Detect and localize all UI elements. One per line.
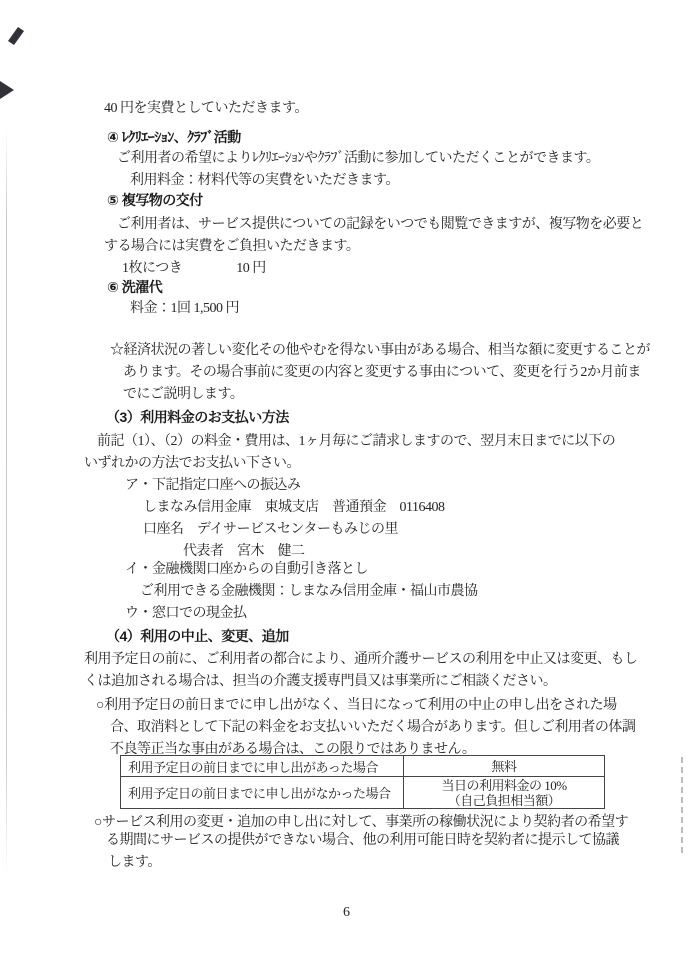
section-4-heading: （4）利用の中止、変更、追加 (106, 625, 653, 647)
text-block-bottom: ○サービス利用の変更・追加の申し出に対して、事業所の稼働状況により契約者の希望す… (84, 810, 653, 872)
text-line: 口座名 デイサービスセンターもみじの里 (143, 519, 653, 541)
text-line: ウ・窓口での現金払 (125, 603, 653, 625)
item-4-heading: ④ ﾚｸﾘｴｰｼｮﾝ、ｸﾗﾌﾞ活動 (107, 126, 653, 148)
page-number: 6 (0, 905, 693, 921)
text-line: イ・金融機関口座からの自動引き落とし (125, 559, 653, 581)
text-line: ご利用できる金融機関：しまなみ信用金庫・福山市農協 (140, 581, 653, 603)
scanned-document-page: 40 円を実費としていただきます。④ ﾚｸﾘｴｰｼｮﾝ、ｸﾗﾌﾞ活動ご利用者の希… (0, 0, 693, 980)
table-row: 利用予定日の前日までに申し出がなかった場合 当日の利用料金の 10% （自己負担… (121, 777, 605, 809)
text-line: 前記（1）、（2）の料金・費用は、1ヶ月毎にご請求しますので、翌月末日までに以下… (97, 431, 653, 453)
text-line: ○利用予定日の前日までに申し出がなく、当日になって利用の中止の申し出をされた場 (96, 695, 653, 717)
text-line: する場合には実費をご負担いただきます。 (104, 236, 653, 258)
text-line: します。 (108, 850, 653, 872)
text-line: ご利用者の希望によりﾚｸﾘｴｰｼｮﾝやｸﾗﾌﾞ活動に参加していただくことができま… (117, 148, 653, 170)
text-line: る期間にサービスの提供ができない場合、他の利用可能日時を契約者に提示して協議 (106, 828, 653, 850)
text-line: くは追加される場合は、担当の介護支援専門員又は事業所にご相談ください。 (84, 669, 653, 691)
text-line: 40 円を実費としていただきます。 (104, 98, 653, 120)
text-line: 料金：1回 1,500 円 (130, 298, 653, 320)
cancellation-fee-table: 利用予定日の前日までに申し出があった場合 無料 利用予定日の前日までに申し出がな… (120, 755, 605, 809)
table-cell-case: 利用予定日の前日までに申し出があった場合 (121, 756, 404, 777)
section-3-heading: （3）利用料金のお支払い方法 (106, 406, 653, 428)
table-row: 利用予定日の前日までに申し出があった場合 無料 (121, 756, 605, 777)
text-line: 合、取消料として下記の料金をお支払いいただく場合があります。但しご利用者の体調 (110, 717, 653, 739)
text-line: いずれかの方法でお支払い下さい。 (84, 453, 653, 475)
text-line: ご利用者は、サービス提供についての記録をいつでも閲覧できますが、複写物を必要と (117, 214, 653, 236)
text-line: ア・下記指定口座への振込み (125, 475, 653, 497)
text-line: 利用予定日の前に、ご利用者の都合により、通所介護サービスの利用を中止又は変更、も… (84, 647, 653, 669)
text-block-top: 40 円を実費としていただきます。④ ﾚｸﾘｴｰｼｮﾝ、ｸﾗﾌﾞ活動ご利用者の希… (84, 98, 653, 761)
text-line: しまなみ信用金庫 東城支店 普通預金 0116408 (143, 497, 653, 519)
fee-text: 当日の利用料金の 10% (404, 778, 604, 793)
text-line: あります。その場合事前に変更の内容と変更する事由について、変更を行う2か月前ま (123, 362, 653, 384)
document-body: 40 円を実費としていただきます。④ ﾚｸﾘｴｰｼｮﾝ、ｸﾗﾌﾞ活動ご利用者の希… (0, 0, 693, 872)
fee-note: （自己負担相当額） (404, 793, 604, 808)
text-line: でにご説明します。 (123, 384, 653, 406)
table-cell-fee: 当日の利用料金の 10% （自己負担相当額） (404, 777, 605, 809)
item-5-heading: ⑤ 複写物の交付 (107, 189, 653, 211)
table-cell-case: 利用予定日の前日までに申し出がなかった場合 (121, 777, 404, 809)
text-line: ☆経済状況の著しい変化その他やむを得ない事由がある場合、相当な額に変更することが (110, 340, 653, 362)
